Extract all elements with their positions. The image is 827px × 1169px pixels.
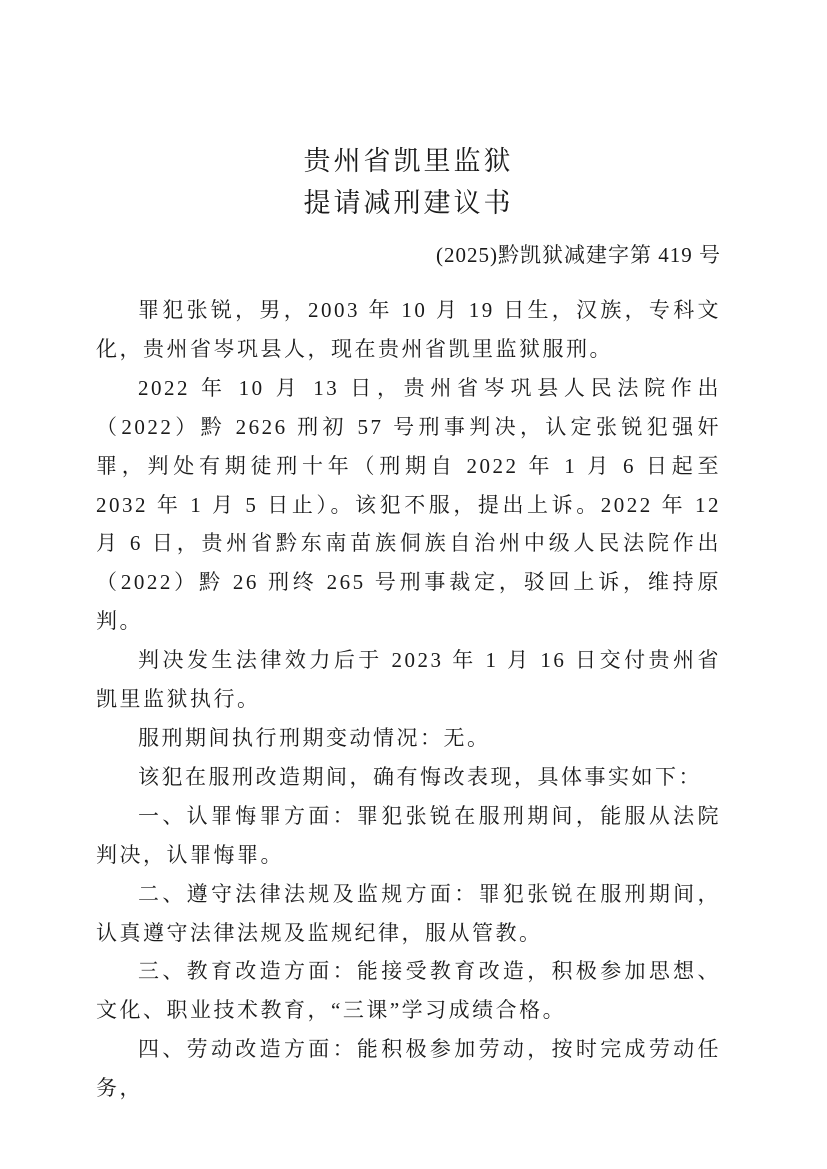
body-paragraph-term-changes: 服刑期间执行刑期变动情况：无。	[96, 719, 721, 758]
document-body: 罪犯张锐，男，2003 年 10 月 19 日生，汉族，专科文化，贵州省岑巩县人…	[96, 291, 721, 1108]
document-title-organization: 贵州省凯里监狱	[96, 140, 721, 182]
body-paragraph-item-1-guilt-admission: 一、认罪悔罪方面：罪犯张锐在服刑期间，能服从法院判决，认罪悔罪。	[96, 797, 721, 875]
body-paragraph-item-3-education: 三、教育改造方面：能接受教育改造，积极参加思想、文化、职业技术教育，“三课”学习…	[96, 952, 721, 1030]
document-header: 贵州省凯里监狱 提请减刑建议书	[96, 140, 721, 224]
document-title-type: 提请减刑建议书	[96, 182, 721, 224]
body-paragraph-repentance-intro: 该犯在服刑改造期间，确有悔改表现，具体事实如下：	[96, 758, 721, 797]
document-number: (2025)黔凯狱减建字第 419 号	[96, 241, 721, 269]
body-paragraph-item-4-labor: 四、劳动改造方面：能积极参加劳动，按时完成劳动任务，	[96, 1030, 721, 1108]
body-paragraph-commitment: 判决发生法律效力后于 2023 年 1 月 16 日交付贵州省凯里监狱执行。	[96, 641, 721, 719]
body-paragraph-offender-info: 罪犯张锐，男，2003 年 10 月 19 日生，汉族，专科文化，贵州省岑巩县人…	[96, 291, 721, 369]
body-paragraph-judgment-history: 2022 年 10 月 13 日，贵州省岑巩县人民法院作出（2022）黔 262…	[96, 369, 721, 641]
document-page: 贵州省凯里监狱 提请减刑建议书 (2025)黔凯狱减建字第 419 号 罪犯张锐…	[0, 0, 827, 1169]
body-paragraph-item-2-rule-compliance: 二、遵守法律法规及监规方面：罪犯张锐在服刑期间，认真遵守法律法规及监规纪律，服从…	[96, 875, 721, 953]
